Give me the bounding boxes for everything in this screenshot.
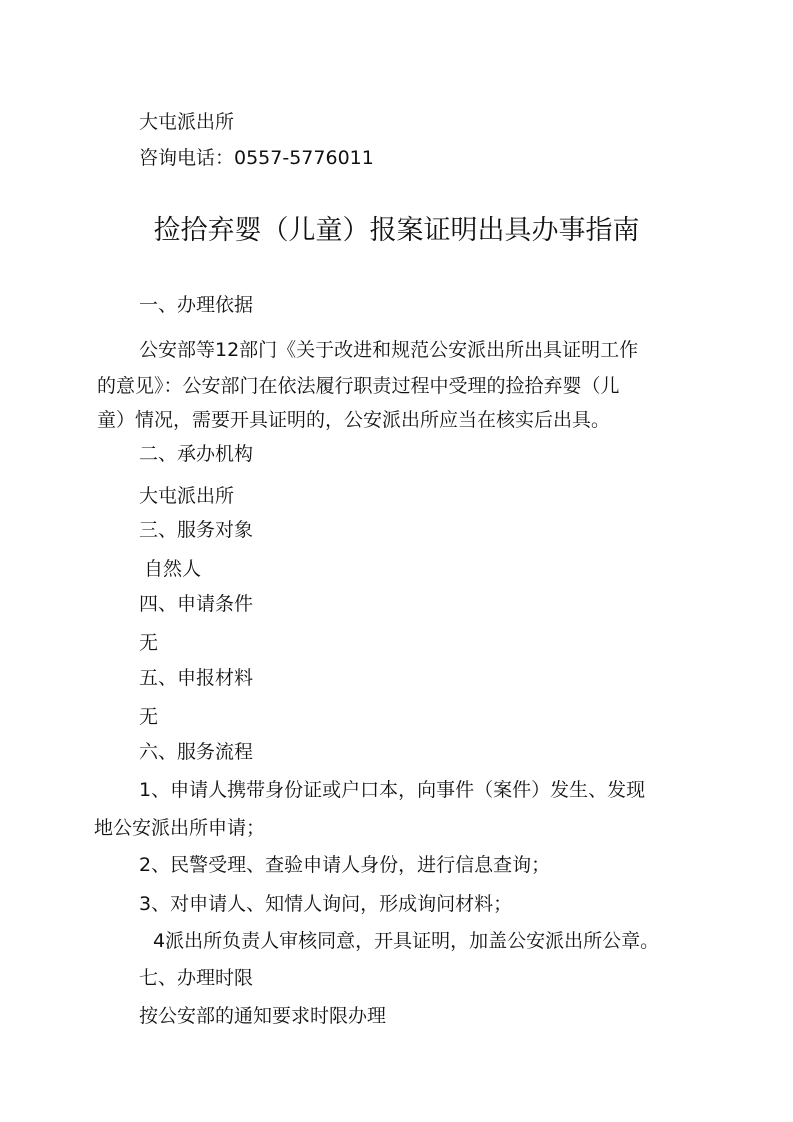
section-heading-process: 六、服务流程 [139,740,253,764]
conditions-content: 无 [139,631,158,655]
section-heading-materials: 五、申报材料 [139,666,253,690]
time-limit-content: 按公安部的通知要求时限办理 [139,1004,386,1028]
basis-line-3: 童）情况，需要开具证明的，公安派出所应当在核实后出具。 [97,408,610,432]
section-heading-target: 三、服务对象 [139,518,253,542]
consult-phone: 咨询电话：0557-5776011 [139,146,374,170]
office-name: 大屯派出所 [139,110,234,134]
section-heading-time-limit: 七、办理时限 [139,966,253,990]
process-step-3: 3、对申请人、知情人询问，形成询问材料； [139,892,512,916]
agency-content: 大屯派出所 [139,484,234,508]
basis-line-1: 公安部等12部门《关于改进和规范公安派出所出具证明工作 [139,338,638,362]
process-step-1: 1、申请人携带身份证或户口本，向事件（案件）发生、发现 [139,778,645,802]
materials-content: 无 [139,705,158,729]
process-step-4: 4派出所负责人审核同意，开具证明，加盖公安派出所公章。 [153,929,659,953]
process-step-2: 2、民警受理、查验申请人身份，进行信息查询； [139,853,550,877]
section-heading-basis: 一、办理依据 [139,293,253,317]
basis-line-2: 的意见》：公安部门在依法履行职责过程中受理的捡拾弃婴（儿 [97,374,620,398]
document-title: 捡拾弃婴（儿童）报案证明出具办事指南 [0,214,793,248]
section-heading-agency: 二、承办机构 [139,442,253,466]
process-step-1-cont: 地公安派出所申请； [94,816,265,840]
section-heading-conditions: 四、申请条件 [139,592,253,616]
target-content: 自然人 [144,557,201,581]
